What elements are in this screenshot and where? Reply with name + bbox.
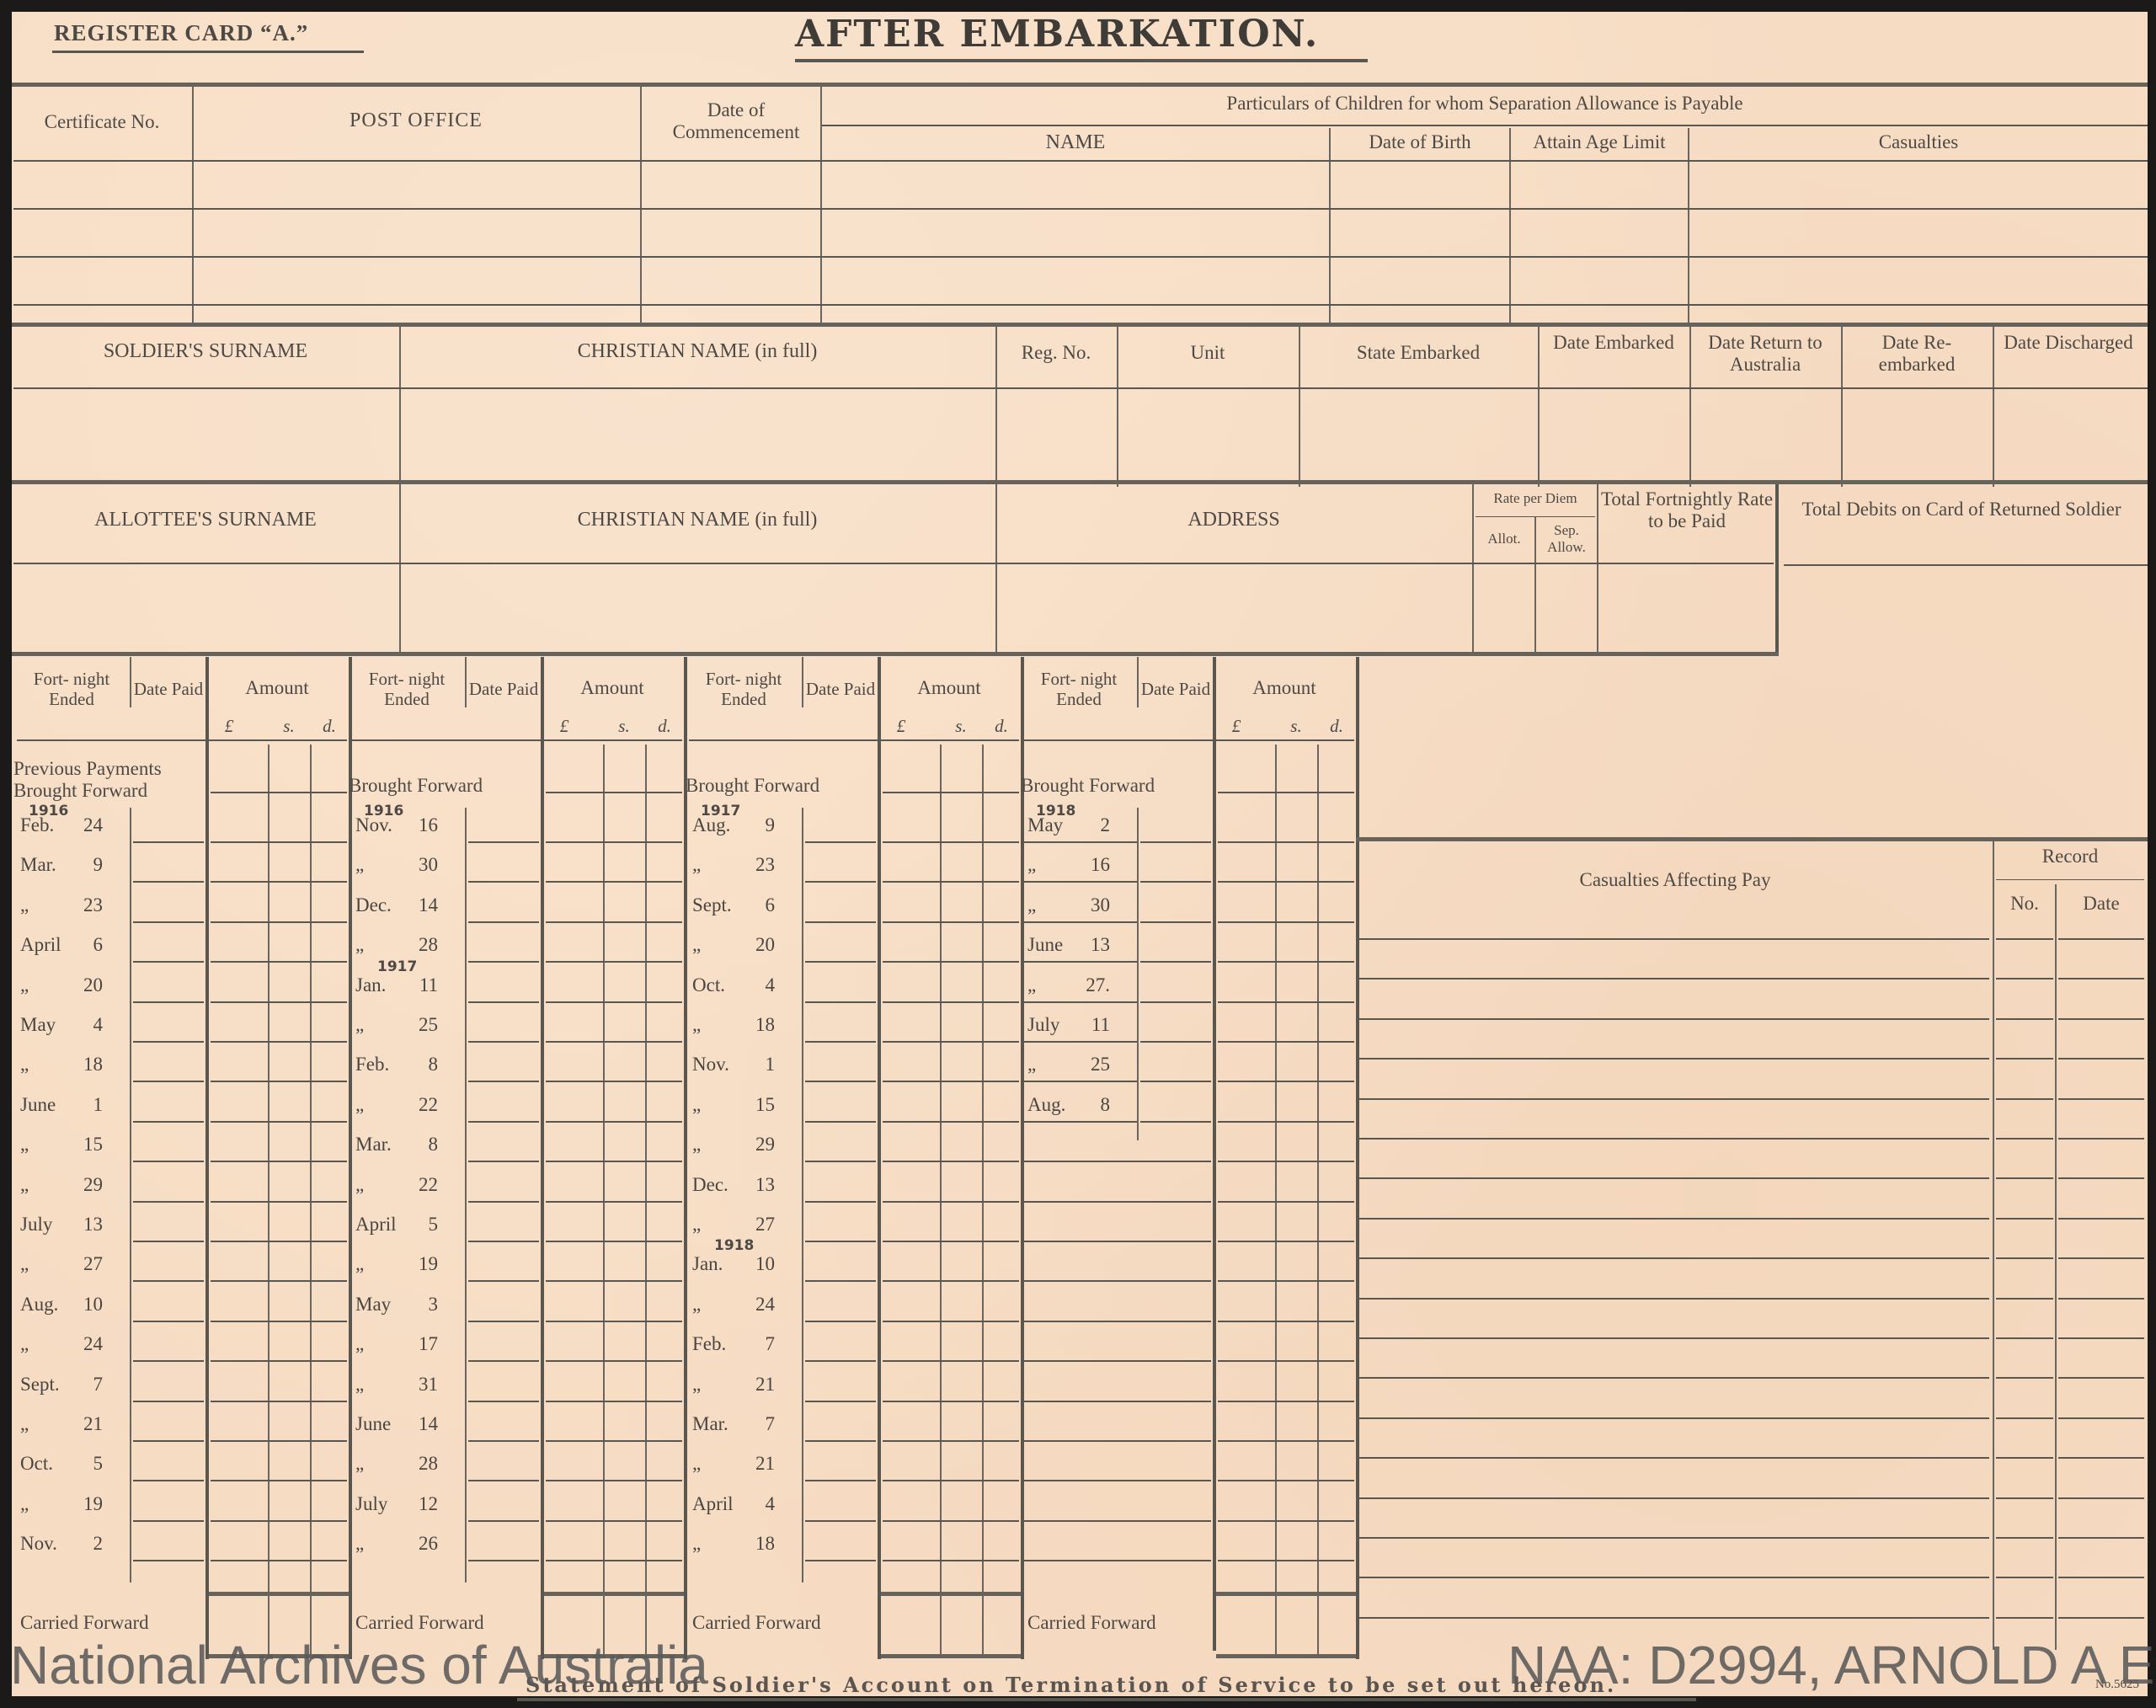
amount-cell[interactable]: [1218, 1201, 1354, 1203]
amount-cell[interactable]: [211, 1081, 347, 1082]
amount-cell[interactable]: [1218, 921, 1354, 923]
amount-header: Amount: [878, 677, 1021, 699]
day: 20: [746, 934, 775, 956]
amount-cell[interactable]: [1218, 1041, 1354, 1043]
day: 22: [409, 1174, 438, 1196]
date-paid-cell[interactable]: [805, 881, 876, 883]
amount-cell[interactable]: [546, 841, 682, 843]
day: 28: [409, 934, 438, 956]
brought-forward-label: Previous Payments Brought Forward: [13, 758, 207, 803]
amount-cell[interactable]: [883, 1440, 1019, 1442]
amount-cell[interactable]: [883, 1081, 1019, 1082]
amount-cell[interactable]: [211, 1560, 347, 1561]
amount-cell[interactable]: [883, 1480, 1019, 1481]
date-paid-cell[interactable]: [468, 1081, 539, 1082]
amount-cell[interactable]: [1218, 841, 1354, 843]
day: 9: [74, 854, 103, 876]
date-paid-cell[interactable]: [1140, 961, 1211, 963]
amount-cell[interactable]: [211, 1161, 347, 1162]
fortnight-date: Nov.1: [692, 1054, 775, 1076]
fortnight-date: Mar.9: [20, 854, 103, 876]
amount-cell[interactable]: [546, 1401, 682, 1402]
pence-header: d.: [310, 716, 349, 736]
brought-forward-label: Brought Forward: [686, 775, 879, 797]
casualty-line[interactable]: [1358, 1138, 1989, 1140]
fortnight-date: May3: [355, 1294, 438, 1316]
date-paid-cell[interactable]: [468, 1520, 539, 1522]
unit-header: Unit: [1117, 342, 1299, 364]
date-paid-cell[interactable]: [133, 1520, 204, 1522]
fortnight-date: „24: [20, 1333, 103, 1355]
day: 21: [746, 1453, 775, 1475]
record-date-line[interactable]: [2058, 1617, 2144, 1619]
amount-cell[interactable]: [883, 1520, 1019, 1522]
date-paid-cell[interactable]: [805, 1081, 876, 1082]
date-paid-cell[interactable]: [133, 921, 204, 923]
record-no-line[interactable]: [1996, 1377, 2053, 1379]
month: Dec.: [692, 1174, 746, 1196]
date-paid-cell[interactable]: [805, 961, 876, 963]
casualty-line[interactable]: [1358, 978, 1989, 979]
pence-header: d.: [645, 716, 684, 736]
amount-right-rule: [1356, 657, 1359, 1659]
amount-cell[interactable]: [211, 1480, 347, 1481]
pound-header: £: [1219, 716, 1253, 736]
amount-cell[interactable]: [883, 1041, 1019, 1043]
amount-cell[interactable]: [211, 841, 347, 843]
date-reembarked-header: Date Re-embarked: [1849, 332, 1984, 376]
month: Nov.: [355, 814, 409, 836]
fortnight-date: „22: [355, 1094, 438, 1116]
amount-cell[interactable]: [546, 1201, 682, 1203]
amount-cell[interactable]: [211, 961, 347, 963]
month: Oct.: [20, 1453, 74, 1475]
register-card: REGISTER CARD “A.” AFTER EMBARKATION. Ce…: [12, 12, 2148, 1696]
amount-cell[interactable]: [1218, 1360, 1354, 1362]
month: „: [692, 854, 746, 876]
date-paid-cell[interactable]: [468, 1241, 539, 1242]
amount-cell[interactable]: [883, 961, 1019, 963]
date-paid-cell[interactable]: [805, 1321, 876, 1322]
divider: [465, 808, 467, 1583]
record-no-line[interactable]: [1996, 1497, 2053, 1499]
brought-forward-label: Brought Forward: [349, 775, 542, 797]
date-paid-cell[interactable]: [133, 1480, 204, 1481]
record-date-line[interactable]: [2058, 1098, 2144, 1100]
rule: [822, 125, 2148, 126]
date-paid-cell[interactable]: [805, 1041, 876, 1043]
date-return-header: Date Return to Australia: [1698, 332, 1833, 376]
amount-cell[interactable]: [211, 881, 347, 883]
divider: [1472, 484, 1474, 653]
day: 17: [409, 1333, 438, 1355]
date-paid-cell[interactable]: [468, 1321, 539, 1322]
amount-cell[interactable]: [883, 881, 1019, 883]
month: „: [1027, 894, 1081, 916]
day: 31: [409, 1374, 438, 1396]
record-date-line[interactable]: [2058, 1537, 2144, 1539]
casualty-line[interactable]: [1358, 1257, 1989, 1259]
fortnight-date: Oct.4: [692, 974, 775, 996]
date-paid-cell[interactable]: [468, 1560, 539, 1561]
date-paid-cell[interactable]: [468, 1201, 539, 1203]
amount-cell[interactable]: [546, 1001, 682, 1003]
casualty-line[interactable]: [1358, 938, 1989, 940]
date-paid-cell[interactable]: [133, 1201, 204, 1203]
day: 4: [74, 1014, 103, 1036]
amount-cell[interactable]: [211, 1520, 347, 1522]
amount-cell[interactable]: [883, 921, 1019, 923]
date-paid-cell[interactable]: [805, 1560, 876, 1561]
amount-cell[interactable]: [211, 1280, 347, 1282]
amount-cell[interactable]: [1218, 1520, 1354, 1522]
pound-header: £: [547, 716, 581, 736]
amount-cell[interactable]: [883, 1401, 1019, 1402]
amount-cell[interactable]: [211, 1401, 347, 1402]
date-paid-cell[interactable]: [468, 881, 539, 883]
date-paid-cell[interactable]: [1140, 921, 1211, 923]
amount-cell[interactable]: [883, 1280, 1019, 1282]
month: „: [355, 1333, 409, 1355]
day: 25: [409, 1014, 438, 1036]
date-paid-cell[interactable]: [805, 1360, 876, 1362]
rule: [17, 739, 347, 741]
amount-cell[interactable]: [1218, 1121, 1354, 1123]
date-paid-cell[interactable]: [1140, 881, 1211, 883]
date-paid-cell[interactable]: [468, 961, 539, 963]
total-rule: [1216, 1592, 1356, 1596]
rule: [1476, 516, 1595, 517]
record-no-line[interactable]: [1996, 938, 2053, 940]
record-date-line[interactable]: [2058, 1337, 2144, 1339]
casualty-line[interactable]: [1358, 1018, 1989, 1020]
record-no-line[interactable]: [1996, 1177, 2053, 1179]
rule: [1022, 1241, 1211, 1242]
record-header: Record: [1994, 846, 2146, 867]
amount-cell[interactable]: [546, 1280, 682, 1282]
record-no-line[interactable]: [1996, 1298, 2053, 1300]
day: 18: [74, 1054, 103, 1076]
month: „: [1027, 974, 1081, 996]
month: July: [355, 1493, 409, 1515]
fortnight-date: „15: [20, 1134, 103, 1156]
address-header: ADDRESS: [995, 509, 1472, 532]
amount-cell[interactable]: [546, 1560, 682, 1561]
date-paid-cell[interactable]: [805, 1401, 876, 1402]
amount-cell[interactable]: [211, 1321, 347, 1322]
record-no-line[interactable]: [1996, 1098, 2053, 1100]
child-age-limit-header: Attain Age Limit: [1511, 131, 1688, 153]
amount-cell[interactable]: [1218, 1480, 1354, 1481]
amount-cell[interactable]: [211, 1121, 347, 1123]
casualty-line[interactable]: [1358, 1218, 1989, 1220]
record-no-line[interactable]: [1996, 978, 2053, 979]
date-paid-cell[interactable]: [805, 1161, 876, 1162]
casualty-line[interactable]: [1358, 1417, 1989, 1419]
date-paid-cell[interactable]: [1140, 1081, 1211, 1082]
amount-cell[interactable]: [546, 1041, 682, 1043]
fortnight-date: Aug.9: [692, 814, 775, 836]
rule: [1022, 1401, 1211, 1402]
fortnight-date: Jan.11: [355, 974, 438, 996]
amount-cell[interactable]: [211, 1360, 347, 1362]
fortnight-date: „27.: [1027, 974, 1110, 996]
casualty-line[interactable]: [1358, 1098, 1989, 1100]
amount-cell[interactable]: [883, 1360, 1019, 1362]
record-no-line[interactable]: [1996, 1337, 2053, 1339]
record-date-line[interactable]: [2058, 1257, 2144, 1259]
record-date-line[interactable]: [2058, 1457, 2144, 1459]
amount-cell[interactable]: [1218, 1241, 1354, 1242]
casualty-line[interactable]: [1358, 1577, 1989, 1578]
amount-cell[interactable]: [1218, 1081, 1354, 1082]
day: 12: [409, 1493, 438, 1515]
amount-cell[interactable]: [883, 1121, 1019, 1123]
month: July: [1027, 1014, 1081, 1036]
date-paid-cell[interactable]: [805, 1121, 876, 1123]
rule: [13, 256, 2148, 258]
date-paid-cell[interactable]: [468, 1360, 539, 1362]
date-paid-cell[interactable]: [805, 1520, 876, 1522]
amount-left-rule: [205, 657, 209, 1659]
day: 23: [74, 894, 103, 916]
record-date-line[interactable]: [2058, 1218, 2144, 1220]
amount-cell[interactable]: [883, 1560, 1019, 1561]
month: Mar.: [20, 854, 74, 876]
date-paid-cell[interactable]: [1140, 1001, 1211, 1003]
date-paid-cell[interactable]: [133, 1401, 204, 1402]
total-debits-header: Total Debits on Card of Returned Soldier: [1789, 499, 2134, 520]
month: Aug.: [1027, 1094, 1081, 1116]
date-paid-cell[interactable]: [805, 1201, 876, 1203]
date-paid-cell[interactable]: [468, 1280, 539, 1282]
day: 18: [746, 1014, 775, 1036]
amount-cell[interactable]: [211, 1440, 347, 1442]
amount-cell[interactable]: [546, 1321, 682, 1322]
amount-cell[interactable]: [883, 1161, 1019, 1162]
amount-cell[interactable]: [1218, 1401, 1354, 1402]
amount-cell[interactable]: [546, 1121, 682, 1123]
record-date-line[interactable]: [2058, 1577, 2144, 1578]
fortnight-date: „20: [692, 934, 775, 956]
pence-header: d.: [982, 716, 1021, 736]
day: 7: [74, 1374, 103, 1396]
record-no-line[interactable]: [1996, 1457, 2053, 1459]
date-paid-cell[interactable]: [805, 1280, 876, 1282]
rule: [13, 208, 2148, 210]
amount-header: Amount: [1213, 677, 1356, 699]
date-paid-cell[interactable]: [468, 1041, 539, 1043]
date-paid-cell[interactable]: [468, 1401, 539, 1402]
fortnight-date: June14: [355, 1413, 438, 1435]
day: 13: [74, 1214, 103, 1236]
record-date-line[interactable]: [2058, 1138, 2144, 1140]
record-no-line[interactable]: [1996, 1138, 2053, 1140]
amount-cell[interactable]: [883, 841, 1019, 843]
soldier-christian-name-header: CHRISTIAN NAME (in full): [399, 340, 995, 364]
amount-cell[interactable]: [1218, 1161, 1354, 1162]
rule: [1022, 1440, 1211, 1442]
record-no-line[interactable]: [1996, 1058, 2053, 1059]
state-embarked-header: State Embarked: [1299, 342, 1538, 364]
rule: [689, 739, 1019, 741]
date-paid-cell[interactable]: [133, 1440, 204, 1442]
amount-cell[interactable]: [211, 1001, 347, 1003]
date-paid-cell[interactable]: [133, 1280, 204, 1282]
date-paid-cell[interactable]: [805, 1440, 876, 1442]
fortnight-date: „21: [20, 1413, 103, 1435]
record-no-line[interactable]: [1996, 1218, 2053, 1220]
amount-cell[interactable]: [1218, 961, 1354, 963]
month: Mar.: [355, 1134, 409, 1156]
record-no-line[interactable]: [1996, 1577, 2053, 1578]
casualty-line[interactable]: [1358, 1337, 1989, 1339]
record-date-line[interactable]: [2058, 1058, 2144, 1059]
amount-cell[interactable]: [1218, 881, 1354, 883]
date-paid-cell[interactable]: [133, 1321, 204, 1322]
fortnight-date: „18: [20, 1054, 103, 1076]
amount-cell[interactable]: [546, 1440, 682, 1442]
record-no-line[interactable]: [1996, 1617, 2053, 1619]
amount-cell[interactable]: [1218, 1440, 1354, 1442]
date-paid-cell[interactable]: [133, 1081, 204, 1082]
amount-cell[interactable]: [883, 1241, 1019, 1242]
record-no-line[interactable]: [1996, 1018, 2053, 1020]
amount-cell[interactable]: [211, 1201, 347, 1203]
day: 23: [746, 854, 775, 876]
day: 6: [746, 894, 775, 916]
date-paid-cell[interactable]: [468, 1001, 539, 1003]
amount-cell[interactable]: [546, 1480, 682, 1481]
amount-cell[interactable]: [546, 1360, 682, 1362]
amount-cell[interactable]: [883, 1201, 1019, 1203]
amount-cell[interactable]: [546, 961, 682, 963]
day: 16: [409, 814, 438, 836]
record-date-line[interactable]: [2058, 1018, 2144, 1020]
amount-cell[interactable]: [1218, 1560, 1354, 1561]
amount-cell[interactable]: [546, 1161, 682, 1162]
rule: [1022, 1121, 1137, 1123]
date-paid-cell[interactable]: [133, 1041, 204, 1043]
date-paid-cell[interactable]: [468, 1161, 539, 1162]
date-paid-cell[interactable]: [805, 1480, 876, 1481]
rule: [1022, 961, 1137, 963]
record-date-line[interactable]: [2058, 938, 2144, 940]
amount-cell[interactable]: [546, 881, 682, 883]
amount-cell[interactable]: [546, 1520, 682, 1522]
date-paid-cell[interactable]: [805, 841, 876, 843]
amount-cell[interactable]: [1218, 1321, 1354, 1322]
day: 1: [74, 1094, 103, 1116]
casualty-line[interactable]: [1358, 1177, 1989, 1179]
date-paid-cell[interactable]: [805, 1241, 876, 1242]
month: „: [1027, 854, 1081, 876]
date-paid-cell[interactable]: [133, 1161, 204, 1162]
date-paid-cell[interactable]: [1140, 1121, 1211, 1123]
month: „: [692, 1374, 746, 1396]
date-paid-cell[interactable]: [133, 1241, 204, 1242]
casualty-line[interactable]: [1358, 1457, 1989, 1459]
date-paid-cell[interactable]: [133, 1121, 204, 1123]
amount-cell[interactable]: [883, 1321, 1019, 1322]
casualty-line[interactable]: [1358, 1377, 1989, 1379]
day: 30: [409, 854, 438, 876]
fortnight-date: Mar.7: [692, 1413, 775, 1435]
child-casualties-header: Casualties: [1689, 131, 2148, 153]
casualty-line[interactable]: [1358, 1537, 1989, 1539]
pound-header: £: [884, 716, 918, 736]
amount-cell[interactable]: [546, 1081, 682, 1082]
record-no-line[interactable]: [1996, 1417, 2053, 1419]
amount-cell[interactable]: [883, 1001, 1019, 1003]
day: 28: [409, 1453, 438, 1475]
day: 27: [74, 1253, 103, 1275]
rule: [1022, 1081, 1137, 1082]
divider: [2055, 884, 2057, 1650]
record-date-line[interactable]: [2058, 978, 2144, 979]
rule: [1022, 1041, 1137, 1043]
date-paid-cell[interactable]: [133, 841, 204, 843]
month: „: [20, 894, 74, 916]
fortnight-date: Jan.10: [692, 1253, 775, 1275]
child-name-header: NAME: [822, 131, 1329, 155]
amount-cell[interactable]: [211, 1041, 347, 1043]
amount-cell[interactable]: [211, 1241, 347, 1242]
allot-header: Allot.: [1474, 531, 1534, 547]
amount-cell[interactable]: [546, 1241, 682, 1242]
month: June: [1027, 934, 1081, 956]
record-no-line[interactable]: [1996, 1257, 2053, 1259]
date-paid-cell[interactable]: [133, 881, 204, 883]
casualty-line[interactable]: [1358, 1617, 1989, 1619]
record-date-line[interactable]: [2058, 1497, 2144, 1499]
rule: [1022, 1001, 1137, 1003]
fortnight-ended-header: Fort- night Ended: [350, 669, 463, 709]
amount-cell[interactable]: [546, 921, 682, 923]
amount-cell[interactable]: [211, 921, 347, 923]
casualty-line[interactable]: [1358, 1497, 1989, 1499]
date-paid-cell[interactable]: [1140, 841, 1211, 843]
record-date-line[interactable]: [2058, 1417, 2144, 1419]
record-date-line[interactable]: [2058, 1177, 2144, 1179]
amount-cell[interactable]: [1218, 1001, 1354, 1003]
amount-header: Amount: [205, 677, 349, 699]
record-no-line[interactable]: [1996, 1537, 2053, 1539]
date-paid-cell[interactable]: [133, 1560, 204, 1561]
date-paid-cell[interactable]: [133, 1360, 204, 1362]
casualty-line[interactable]: [1358, 1058, 1989, 1059]
record-date-line[interactable]: [2058, 1377, 2144, 1379]
date-paid-cell[interactable]: [468, 1440, 539, 1442]
date-paid-cell[interactable]: [468, 921, 539, 923]
date-paid-cell[interactable]: [805, 921, 876, 923]
date-paid-cell[interactable]: [133, 961, 204, 963]
date-paid-cell[interactable]: [1140, 1041, 1211, 1043]
casualty-line[interactable]: [1358, 1298, 1989, 1300]
date-paid-cell[interactable]: [468, 1480, 539, 1481]
date-paid-cell[interactable]: [805, 1001, 876, 1003]
date-paid-cell[interactable]: [133, 1001, 204, 1003]
month: Mar.: [692, 1413, 746, 1435]
day: 24: [746, 1294, 775, 1316]
year-label: 1917: [377, 959, 428, 976]
date-paid-cell[interactable]: [468, 1121, 539, 1123]
month: „: [20, 1413, 74, 1435]
amount-cell[interactable]: [1218, 1280, 1354, 1282]
fortnight-date: June1: [20, 1094, 103, 1116]
record-date-line[interactable]: [2058, 1298, 2144, 1300]
date-paid-cell[interactable]: [468, 841, 539, 843]
